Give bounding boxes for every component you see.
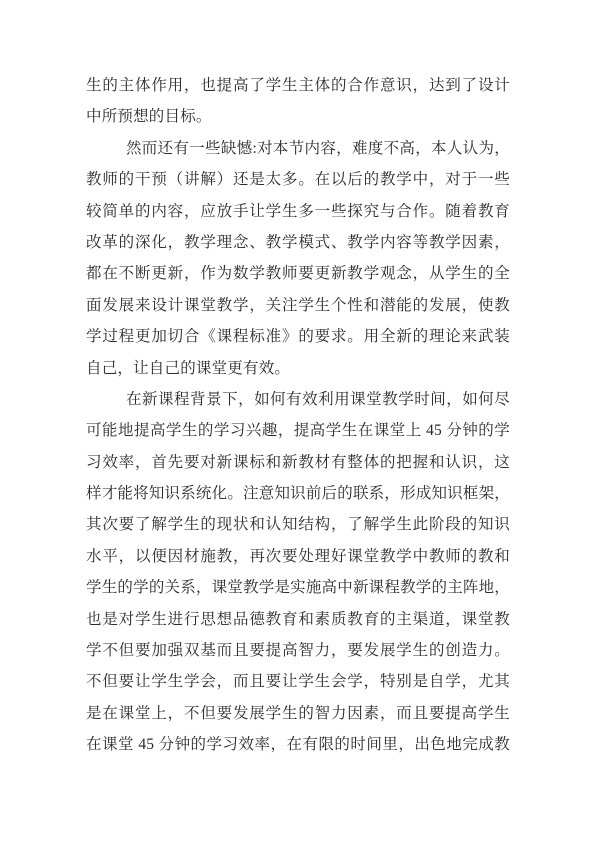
text-line: 可能地提高学生的学习兴趣，提高学生在课堂上 45 分钟的学: [86, 415, 510, 446]
text-line: 较简单的内容，应放手让学生多一些探究与合作。随着教育: [86, 196, 510, 227]
page-background: 生的主体作用，也提高了学生主体的合作意识，达到了设计中所预想的目标。然而还有一些…: [0, 0, 595, 842]
text-line: 习效率，首先要对新课标和新教材有整体的把握和认识，这: [86, 447, 510, 478]
text-line: 不但要让学生学会，而且要让学生会学，特别是自学，尤其: [86, 666, 510, 697]
text-line: 样才能将知识系统化。注意知识前后的联系，形成知识框架，: [86, 478, 510, 509]
text-line: 在新课程背景下，如何有效利用课堂教学时间，如何尽: [86, 384, 510, 415]
text-line: 然而还有一些缺憾:对本节内容，难度不高，本人认为，: [86, 133, 510, 164]
text-line: 教师的干预（讲解）还是太多。在以后的教学中，对于一些: [86, 164, 510, 195]
text-line: 在课堂 45 分钟的学习效率，在有限的时间里，出色地完成教: [86, 729, 510, 760]
text-line: 都在不断更新，作为数学教师要更新教学观念，从学生的全: [86, 258, 510, 289]
document-body: 生的主体作用，也提高了学生主体的合作意识，达到了设计中所预想的目标。然而还有一些…: [86, 70, 510, 761]
text-line: 生的主体作用，也提高了学生主体的合作意识，达到了设计: [86, 70, 510, 101]
text-line: 学不但要加强双基而且要提高智力，要发展学生的创造力。: [86, 635, 510, 666]
text-line: 面发展来设计课堂教学，关注学生个性和潜能的发展，使教: [86, 290, 510, 321]
text-line: 其次要了解学生的现状和认知结构，了解学生此阶段的知识: [86, 509, 510, 540]
text-line: 水平，以便因材施教，再次要处理好课堂教学中教师的教和: [86, 541, 510, 572]
text-line: 学过程更加切合《课程标准》的要求。用全新的理论来武装: [86, 321, 510, 352]
document-page: { "page": { "background": "#ffffff", "te…: [0, 0, 595, 842]
text-line: 中所预想的目标。: [86, 101, 510, 132]
text-line: 是在课堂上，不但要发展学生的智力因素，而且要提高学生: [86, 698, 510, 729]
text-line: 改革的深化，教学理念、教学模式、教学内容等教学因素，: [86, 227, 510, 258]
text-line: 学生的学的关系，课堂教学是实施高中新课程教学的主阵地，: [86, 572, 510, 603]
text-line: 也是对学生进行思想品德教育和素质教育的主渠道，课堂教: [86, 604, 510, 635]
text-line: 自己，让自己的课堂更有效。: [86, 353, 510, 384]
